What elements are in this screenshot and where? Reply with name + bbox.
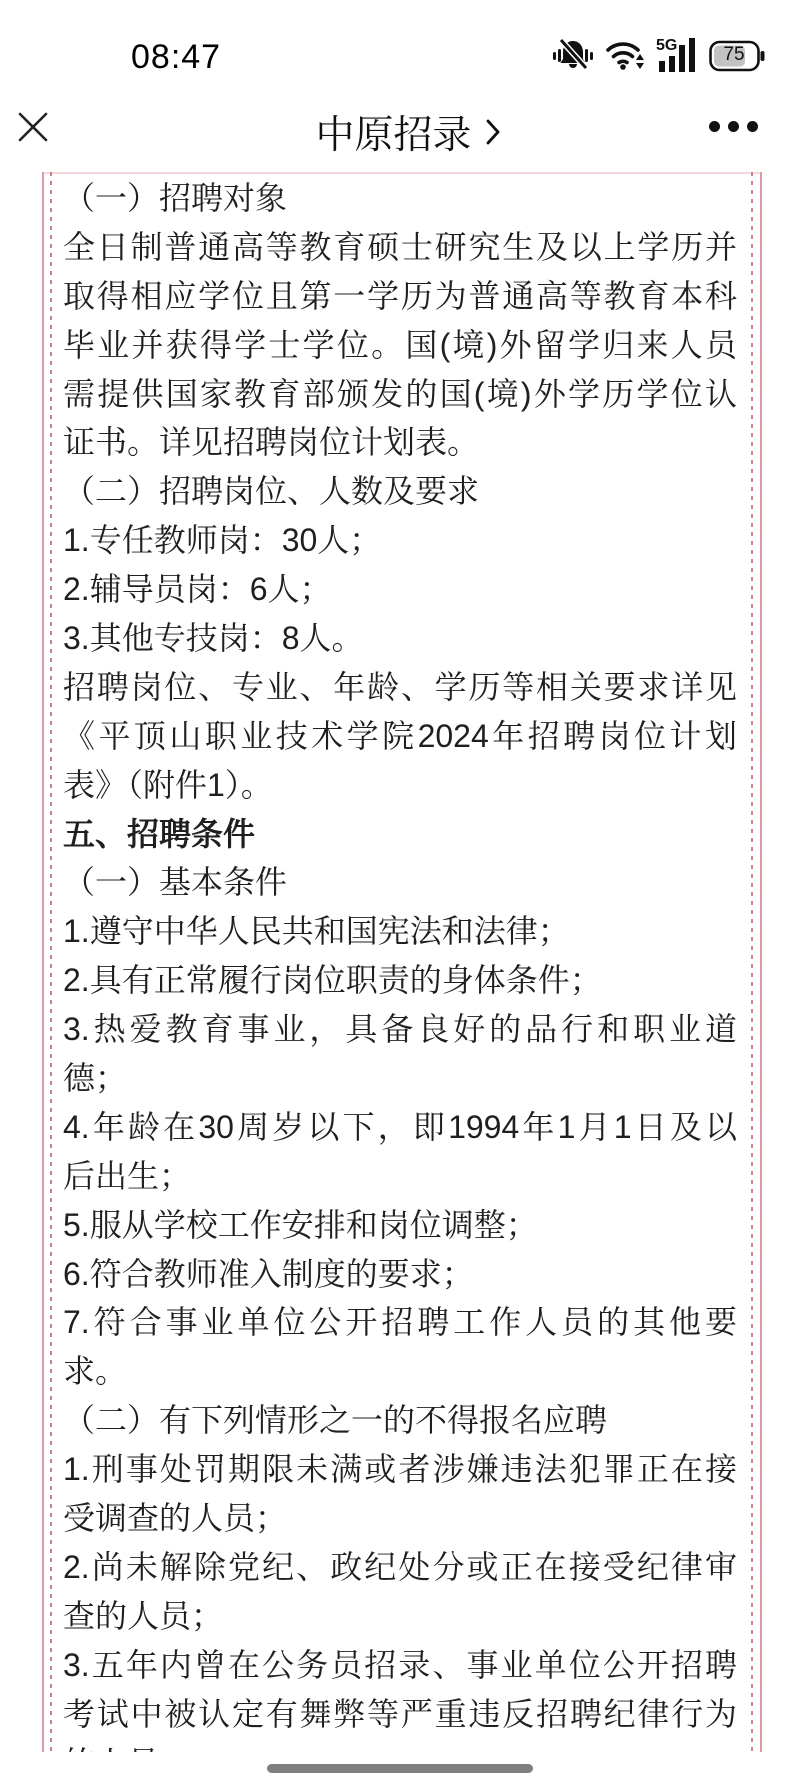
- more-menu-button[interactable]: [709, 121, 758, 132]
- document-line: 6.符合教师准入制度的要求；: [63, 1250, 737, 1299]
- document-line: 受调查的人员；: [63, 1494, 737, 1543]
- document-line: 1.专任教师岗：30人；: [63, 516, 737, 565]
- document-line: 考试中被认定有舞弊等严重违反招聘纪律行为: [63, 1690, 737, 1739]
- document-line: 7.符合事业单位公开招聘工作人员的其他要: [63, 1298, 737, 1347]
- document-line: 3.五年内曾在公务员招录、事业单位公开招聘: [63, 1641, 737, 1690]
- battery-percent: 75: [709, 44, 759, 66]
- status-time: 08:47: [131, 38, 221, 77]
- status-bar: 08:47: [0, 0, 800, 90]
- bottom-bar: [0, 1752, 800, 1787]
- document-line: 2.辅导员岗：6人；: [63, 565, 737, 614]
- chevron-right-icon: [486, 118, 501, 146]
- page-boundary-left-solid: [42, 172, 44, 1753]
- battery-icon: 75: [709, 40, 765, 72]
- document-line: 3.热爱教育事业，具备良好的品行和职业道: [63, 1005, 737, 1054]
- document-line: （二）有下列情形之一的不得报名应聘: [63, 1396, 737, 1445]
- document-line: （二）招聘岗位、人数及要求: [63, 467, 737, 516]
- document-line: 求。: [63, 1347, 737, 1396]
- document-line: 需提供国家教育部颁发的国(境)外学历学位认: [63, 370, 737, 419]
- document-line: 3.其他专技岗：8人。: [63, 614, 737, 663]
- scroll-indicator[interactable]: [267, 1764, 533, 1773]
- status-icons: 5G 75: [552, 36, 765, 72]
- nav-title[interactable]: 中原招录: [8, 104, 800, 160]
- document-line: （一）基本条件: [63, 858, 737, 907]
- nav-bar: 中原招录: [0, 90, 800, 162]
- page-boundary-left-dashed: [50, 172, 52, 1753]
- document-line: 1.遵守中华人民共和国宪法和法律；: [63, 907, 737, 956]
- document-body: （一）招聘对象全日制普通高等教育硕士研究生及以上学历并取得相应学位且第一学历为普…: [63, 174, 737, 1787]
- document-line: 取得相应学位且第一学历为普通高等教育本科: [63, 272, 737, 321]
- document-line: 证书。详见招聘岗位计划表。: [63, 418, 737, 467]
- screen: 08:47: [0, 0, 800, 1787]
- document-line: 招聘岗位、专业、年龄、学历等相关要求详见: [63, 663, 737, 712]
- more-dots-icon: [747, 121, 758, 132]
- document-line: 表》（附件1）。: [63, 761, 737, 810]
- document-line: 2.尚未解除党纪、政纪处分或正在接受纪律审: [63, 1543, 737, 1592]
- page-boundary-right-solid: [760, 172, 762, 1753]
- page-boundary-right-dashed: [751, 172, 753, 1753]
- document-line: 《平顶山职业技术学院2024年招聘岗位计划: [63, 712, 737, 761]
- nav-title-text: 中原招录: [315, 104, 471, 160]
- signal-5g-icon: 5G: [656, 36, 698, 72]
- document-line: 五、招聘条件: [63, 810, 737, 859]
- document-line: 1.刑事处罚期限未满或者涉嫌违法犯罪正在接: [63, 1445, 737, 1494]
- document-line: 全日制普通高等教育硕士研究生及以上学历并: [63, 223, 737, 272]
- more-dots-icon: [728, 121, 739, 132]
- document-line: 德；: [63, 1054, 737, 1103]
- document-viewport[interactable]: （一）招聘对象全日制普通高等教育硕士研究生及以上学历并取得相应学位且第一学历为普…: [0, 162, 800, 1787]
- document-line: 5.服从学校工作安排和岗位调整；: [63, 1201, 737, 1250]
- document-line: （一）招聘对象: [63, 174, 737, 223]
- document-line: 2.具有正常履行岗位职责的身体条件；: [63, 956, 737, 1005]
- document-line: 查的人员；: [63, 1592, 737, 1641]
- document-line: 毕业并获得学士学位。国(境)外留学归来人员: [63, 321, 737, 370]
- document-line: 4.年龄在30周岁以下，即1994年1月1日及以: [63, 1103, 737, 1152]
- more-dots-icon: [709, 121, 720, 132]
- wifi-icon: [605, 38, 645, 72]
- document-line: 后出生；: [63, 1152, 737, 1201]
- network-type-label: 5G: [656, 37, 677, 54]
- notifications-muted-icon: [552, 38, 594, 72]
